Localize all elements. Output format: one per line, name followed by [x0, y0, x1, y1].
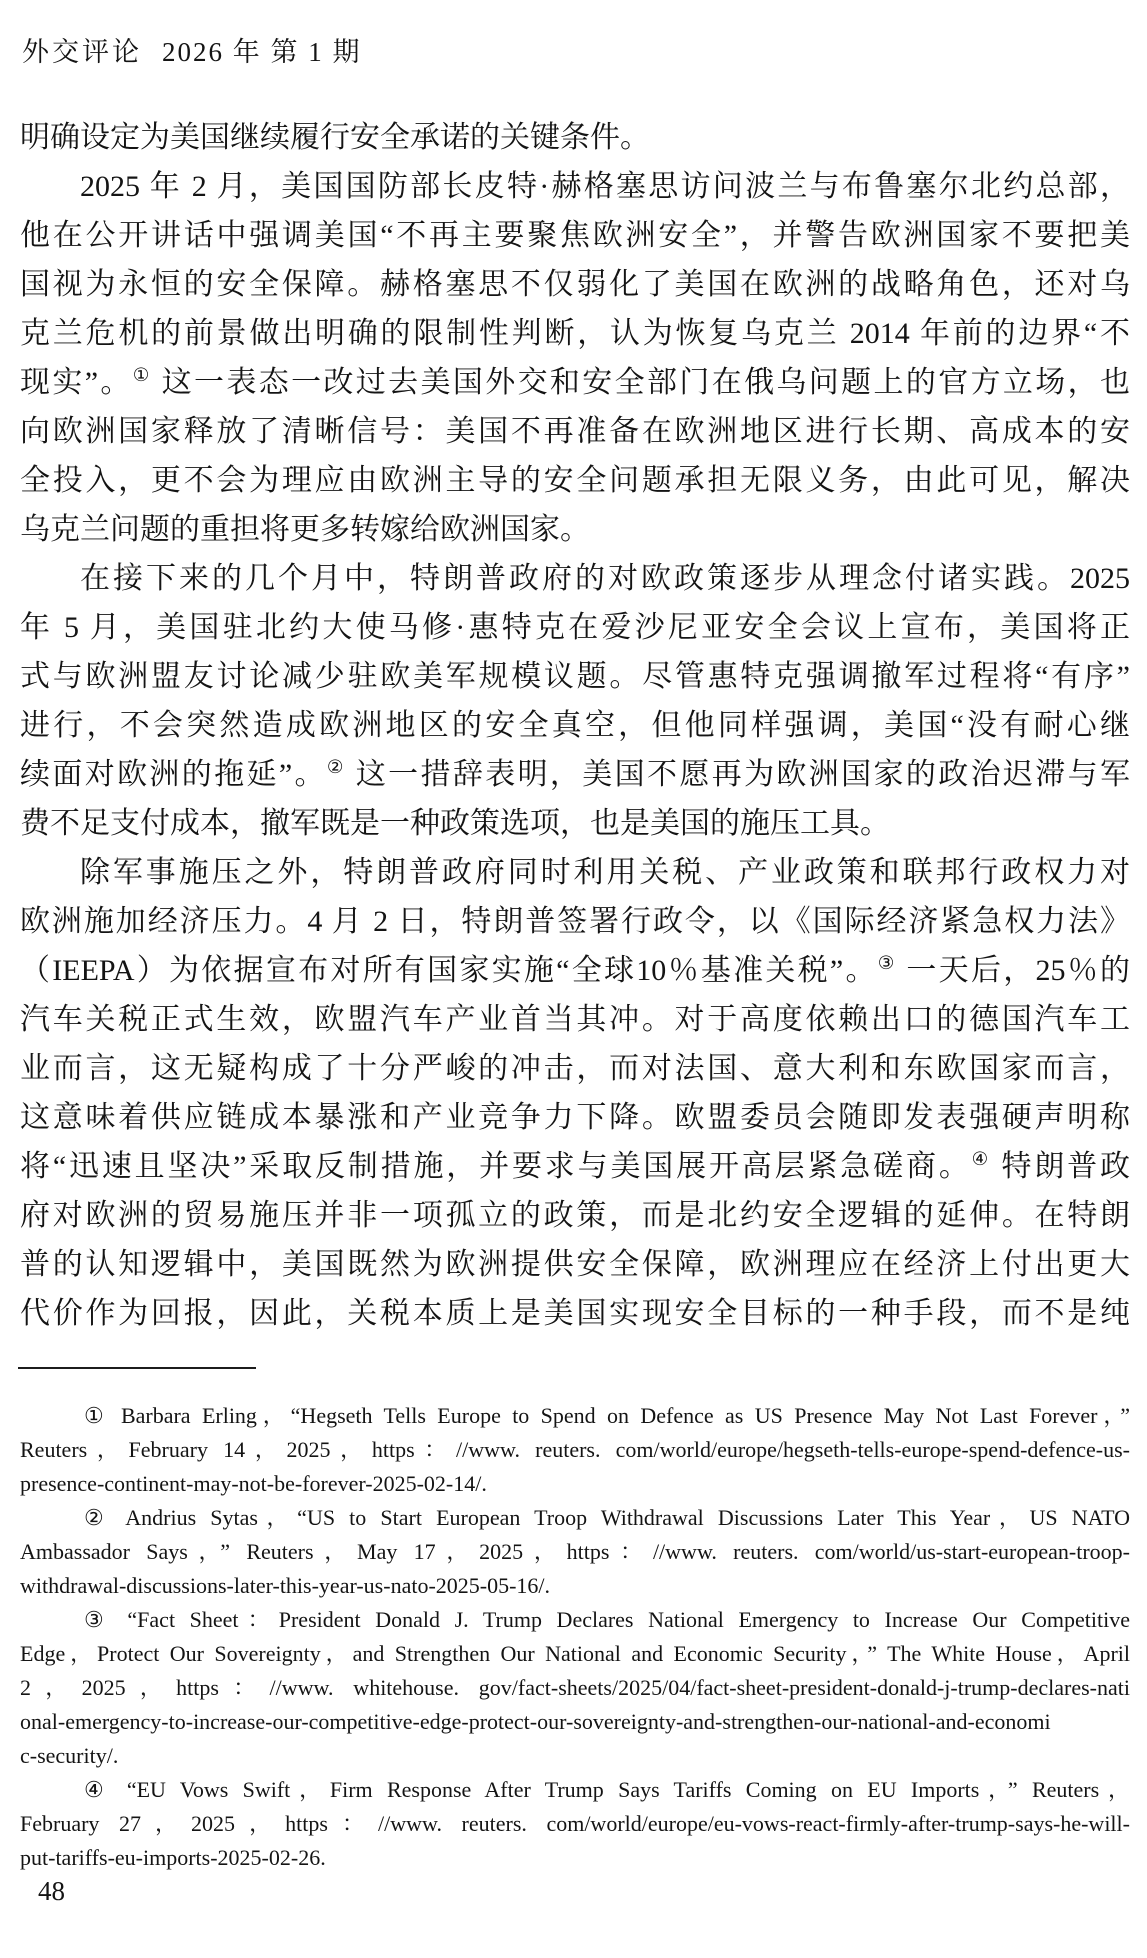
footnote-separator: [18, 1367, 256, 1369]
body-line: 年 5 月，美国驻北约大使马修·惠特克在爱沙尼亚安全会议上宣布，美国将正: [20, 603, 1130, 652]
footnote-line: ① Barbara Erling，“Hegseth Tells Europe t…: [20, 1399, 1130, 1433]
footnote-line: Ambassador Says，” Reuters，May 17，2025，ht…: [20, 1535, 1130, 1569]
paragraph: 明确设定为美国继续履行安全承诺的关键条件。: [20, 113, 1130, 162]
body-line: 除军事施压之外，特朗普政府同时利用关税、产业政策和联邦行政权力对: [20, 848, 1130, 897]
body-line: 将“迅速且坚决”采取反制措施，并要求与美国展开高层紧急磋商。④ 特朗普政: [20, 1142, 1130, 1191]
body-line: 欧洲施加经济压力。4 月 2 日，特朗普签署行政令，以《国际经济紧急权力法》: [20, 897, 1130, 946]
issue-info: 2026 年 第 1 期: [162, 37, 362, 67]
footnote-line: onal-emergency-to-increase-our-competiti…: [20, 1705, 1130, 1739]
body-line: 全投入，更不会为理应由欧洲主导的安全问题承担无限义务，由此可见，解决: [20, 456, 1130, 505]
journal-header: 外交评论2026 年 第 1 期: [22, 30, 362, 69]
paragraph: 在接下来的几个月中，特朗普政府的对欧政策逐步从理念付诸实践。2025 年 5 月…: [20, 554, 1130, 848]
page-number: 48: [38, 1876, 65, 1907]
body-line: 明确设定为美国继续履行安全承诺的关键条件。: [20, 113, 1130, 162]
body-line: 普的认知逻辑中，美国既然为欧洲提供安全保障，欧洲理应在经济上付出更大: [20, 1240, 1130, 1289]
footnote: ③ “Fact Sheet：President Donald J. Trump …: [20, 1603, 1130, 1773]
body-line: （IEEPA）为依据宣布对所有国家实施“全球10％基准关税”。③ 一天后，25％…: [20, 946, 1130, 995]
body-line: 费不足支付成本，撤军既是一种政策选项，也是美国的施压工具。: [20, 799, 1130, 848]
footnote: ② Andrius Sytas，“US to Start European Tr…: [20, 1501, 1130, 1603]
body-line: 进行，不会突然造成欧洲地区的安全真空，但他同样强调，美国“没有耐心继: [20, 701, 1130, 750]
body-line: 现实”。① 这一表态一改过去美国外交和安全部门在俄乌问题上的官方立场，也: [20, 358, 1130, 407]
footnotes-section: ① Barbara Erling，“Hegseth Tells Europe t…: [20, 1399, 1130, 1875]
footnote-line: c-security/.: [20, 1739, 1130, 1773]
footnote-line: 2，2025，https：//www. whitehouse. gov/fact…: [20, 1671, 1130, 1705]
footnote-line: Edge，Protect Our Sovereignty，and Strengt…: [20, 1637, 1130, 1671]
footnote-line: February 27，2025，https：//www. reuters. c…: [20, 1807, 1130, 1841]
journal-page: 外交评论2026 年 第 1 期 明确设定为美国继续履行安全承诺的关键条件。 2…: [0, 0, 1147, 1958]
journal-name: 外交评论: [22, 37, 142, 67]
body-line: 他在公开讲话中强调美国“不再主要聚焦欧洲安全”，并警告欧洲国家不要把美: [20, 211, 1130, 260]
body-line: 代价作为回报，因此，关税本质上是美国实现安全目标的一种手段，而不是纯: [20, 1289, 1130, 1338]
footnote-line: Reuters，February 14，2025，https：//www. re…: [20, 1433, 1130, 1467]
footnote-line: withdrawal-discussions-later-this-year-u…: [20, 1569, 1130, 1603]
body-line: 这意味着供应链成本暴涨和产业竞争力下降。欧盟委员会随即发表强硬声明称: [20, 1093, 1130, 1142]
footnote-line: ② Andrius Sytas，“US to Start European Tr…: [20, 1501, 1130, 1535]
body-line: 府对欧洲的贸易施压并非一项孤立的政策，而是北约安全逻辑的延伸。在特朗: [20, 1191, 1130, 1240]
body-line: 在接下来的几个月中，特朗普政府的对欧政策逐步从理念付诸实践。2025: [20, 554, 1130, 603]
footnote-line: presence-continent-may-not-be-forever-20…: [20, 1467, 1130, 1501]
paragraph: 除军事施压之外，特朗普政府同时利用关税、产业政策和联邦行政权力对 欧洲施加经济压…: [20, 848, 1130, 1338]
body-line: 向欧洲国家释放了清晰信号：美国不再准备在欧洲地区进行长期、高成本的安: [20, 407, 1130, 456]
footnote-line: put-tariffs-eu-imports-2025-02-26.: [20, 1841, 1130, 1875]
article-body: 明确设定为美国继续履行安全承诺的关键条件。 2025 年 2 月，美国国防部长皮…: [20, 113, 1130, 1338]
footnote: ① Barbara Erling，“Hegseth Tells Europe t…: [20, 1399, 1130, 1501]
body-line: 业而言，这无疑构成了十分严峻的冲击，而对法国、意大利和东欧国家而言，: [20, 1044, 1130, 1093]
footnote-line: ③ “Fact Sheet：President Donald J. Trump …: [20, 1603, 1130, 1637]
body-line: 式与欧洲盟友讨论减少驻欧美军规模议题。尽管惠特克强调撤军过程将“有序”: [20, 652, 1130, 701]
body-line: 汽车关税正式生效，欧盟汽车产业首当其冲。对于高度依赖出口的德国汽车工: [20, 995, 1130, 1044]
body-line: 2025 年 2 月，美国国防部长皮特·赫格塞思访问波兰与布鲁塞尔北约总部，: [20, 162, 1130, 211]
body-line: 续面对欧洲的拖延”。② 这一措辞表明，美国不愿再为欧洲国家的政治迟滞与军: [20, 750, 1130, 799]
footnote: ④ “EU Vows Swift，Firm Response After Tru…: [20, 1773, 1130, 1875]
body-line: 克兰危机的前景做出明确的限制性判断，认为恢复乌克兰 2014 年前的边界“不: [20, 309, 1130, 358]
body-line: 国视为永恒的安全保障。赫格塞思不仅弱化了美国在欧洲的战略角色，还对乌: [20, 260, 1130, 309]
footnote-line: ④ “EU Vows Swift，Firm Response After Tru…: [20, 1773, 1130, 1807]
body-line: 乌克兰问题的重担将更多转嫁给欧洲国家。: [20, 505, 1130, 554]
paragraph: 2025 年 2 月，美国国防部长皮特·赫格塞思访问波兰与布鲁塞尔北约总部， 他…: [20, 162, 1130, 554]
